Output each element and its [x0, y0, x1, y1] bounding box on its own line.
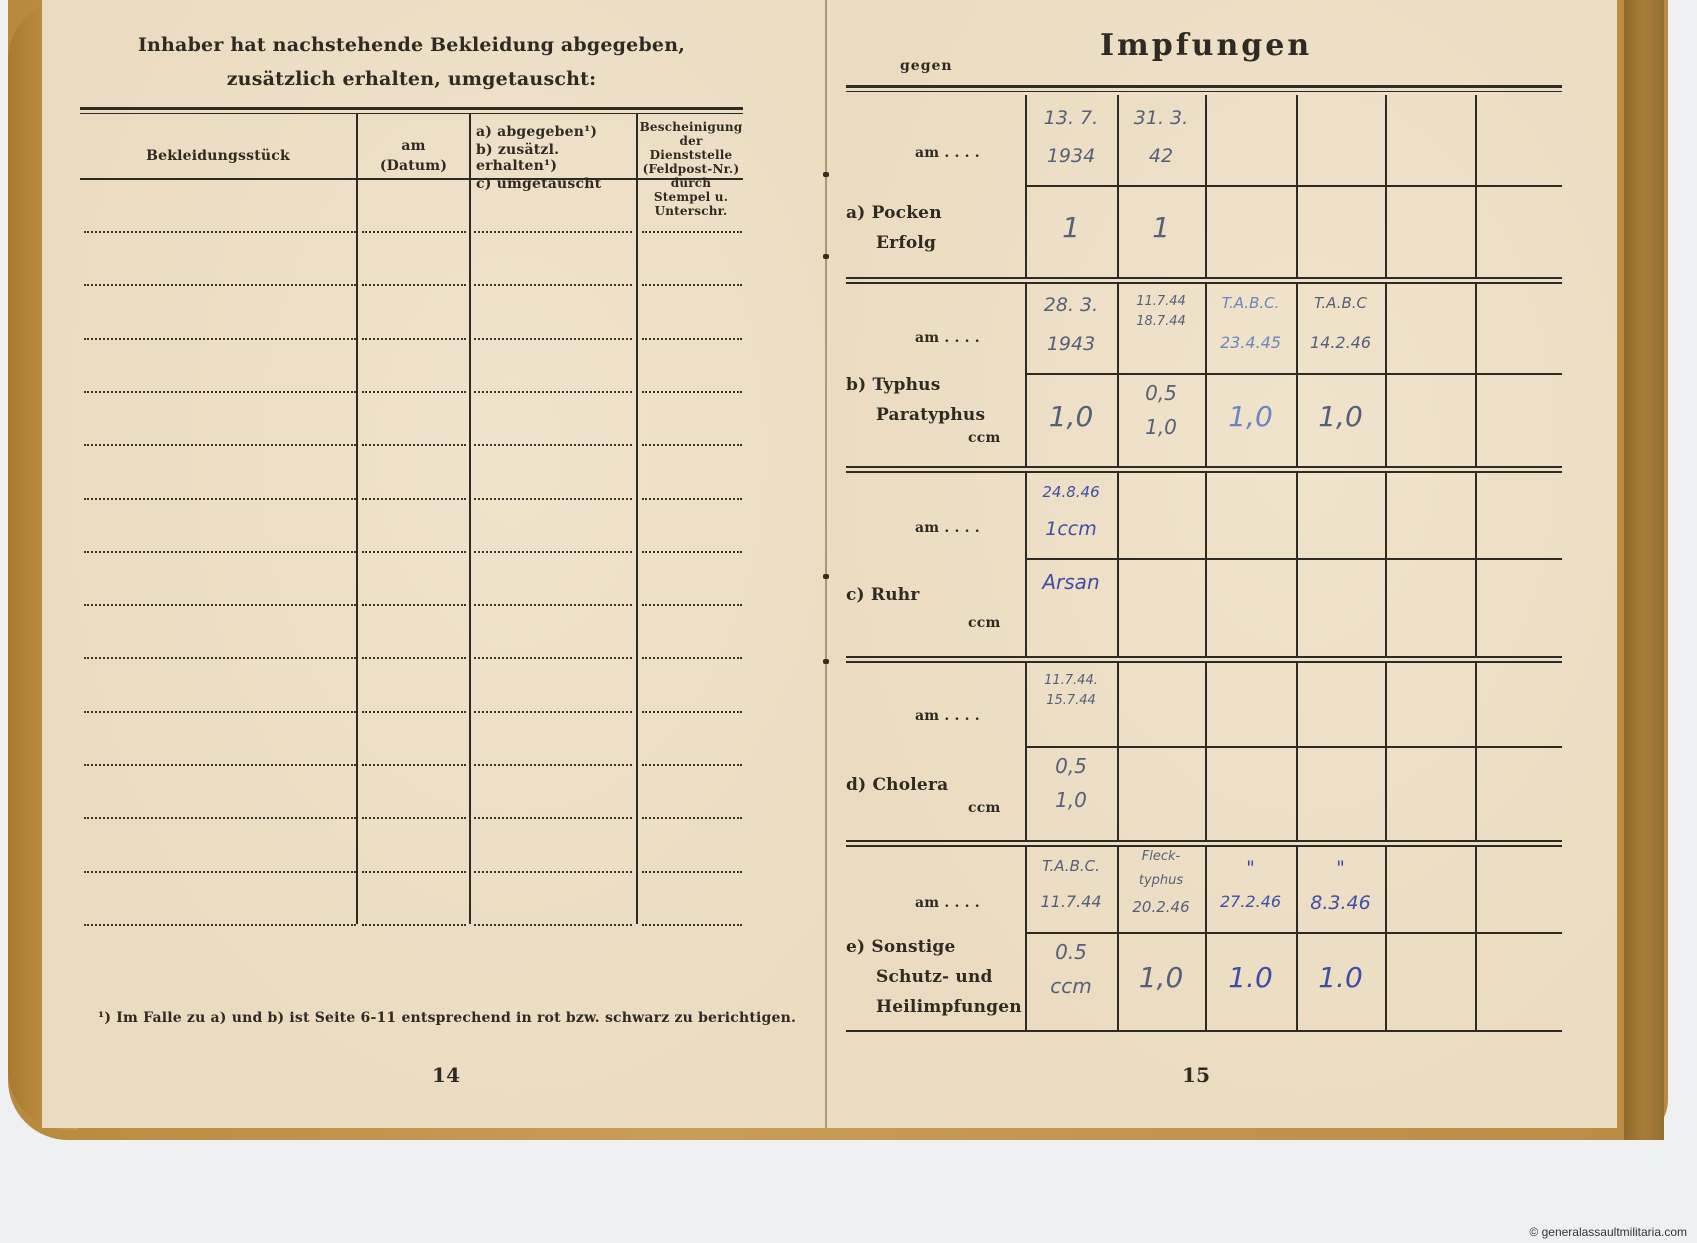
dotted-entry-line[interactable] [474, 764, 632, 766]
page-number-left: 14 [432, 1063, 460, 1087]
handwritten-date: 28. 3. [1025, 294, 1117, 316]
dotted-entry-line[interactable] [84, 924, 356, 926]
handwritten-date: " [1296, 857, 1385, 879]
dotted-entry-line[interactable] [84, 764, 356, 766]
handwritten-date: T.A.B.C. [1025, 857, 1117, 875]
dose-cell[interactable] [1119, 560, 1205, 656]
dotted-entry-line[interactable] [642, 764, 742, 766]
dotted-entry-line[interactable] [362, 444, 466, 446]
dotted-entry-line[interactable] [362, 284, 466, 286]
handwritten-date: 1934 [1025, 145, 1117, 167]
dotted-entry-line[interactable] [474, 284, 632, 286]
stitch-hole [823, 659, 829, 664]
col-header-bescheinigung-line1: Bescheinigung der [638, 120, 744, 148]
handwritten-dose: 1 [1117, 211, 1205, 244]
section-b-label: b) Typhus [846, 370, 941, 400]
am-label: am . . . . [915, 708, 980, 724]
dose-cell[interactable] [1298, 748, 1385, 840]
dose-cell[interactable] [1387, 934, 1475, 1030]
handwritten-date: 31. 3. [1117, 107, 1205, 129]
handwritten-date: 11.7.44 [1025, 892, 1117, 911]
dotted-entry-line[interactable] [642, 604, 742, 606]
col-header-status-c: c) umgetauscht [476, 176, 636, 192]
date-cell[interactable] [1477, 95, 1562, 185]
left-page-title-line1: Inhaber hat nachstehende Bekleidung abge… [80, 34, 743, 56]
handwritten-date: 1943 [1025, 333, 1117, 355]
date-cell[interactable] [1298, 471, 1385, 558]
col-header-status: a) abgegeben¹) b) zusätzl. erhalten¹) c)… [476, 124, 636, 192]
section-d-label: d) Cholera [846, 770, 948, 800]
dotted-entry-line[interactable] [642, 657, 742, 659]
dose-cell[interactable] [1477, 748, 1562, 840]
col-header-am-line1: am [358, 138, 469, 154]
ccm-label: ccm [968, 430, 1000, 446]
date-cell[interactable] [1298, 661, 1385, 746]
stitch-hole [823, 172, 829, 177]
dotted-entry-line[interactable] [642, 551, 742, 553]
col-header-bekleidungsstueck: Bekleidungsstück [80, 148, 356, 164]
section-e-label: e) Sonstige [846, 932, 956, 962]
section-e-label: Heilimpfungen [876, 992, 1022, 1022]
dotted-entry-line[interactable] [362, 604, 466, 606]
section-rule [846, 656, 1562, 658]
dose-cell[interactable] [1387, 187, 1475, 277]
dose-cell[interactable] [1387, 748, 1475, 840]
header-rule-top-thin [80, 113, 743, 114]
dose-cell[interactable] [1477, 560, 1562, 656]
dose-cell[interactable] [1298, 560, 1385, 656]
stitch-hole [823, 254, 829, 259]
col-header-bescheinigung-line2: Dienststelle [638, 148, 744, 162]
date-cell[interactable] [1387, 661, 1475, 746]
gegen-label: gegen [900, 58, 953, 74]
dotted-entry-line[interactable] [474, 924, 632, 926]
stitch-hole [823, 574, 829, 579]
dotted-entry-line[interactable] [84, 711, 356, 713]
handwritten-date: 15.7.44 [1025, 693, 1117, 708]
cover-right-edge [1624, 0, 1664, 1140]
handwritten-dose: 0.5 [1025, 940, 1117, 964]
dotted-entry-line[interactable] [362, 338, 466, 340]
date-cell[interactable] [1387, 845, 1475, 932]
handwritten-date: typhus [1117, 873, 1205, 888]
handwritten-date: 8.3.46 [1296, 892, 1385, 914]
dotted-entry-line[interactable] [642, 924, 742, 926]
dotted-entry-line[interactable] [362, 231, 466, 233]
col-header-bescheinigung-line3: (Feldpost-Nr.) durch [638, 162, 744, 190]
handwritten-date: 20.2.46 [1117, 898, 1205, 916]
handwritten-date: T.A.B.C [1296, 294, 1385, 312]
am-label: am . . . . [915, 520, 980, 536]
dotted-entry-line[interactable] [84, 338, 356, 340]
column-divider [356, 114, 358, 924]
am-label: am . . . . [915, 145, 980, 161]
right-page-title: Impfungen [1100, 28, 1312, 63]
page-number-right: 15 [1182, 1063, 1210, 1087]
dotted-entry-line[interactable] [362, 764, 466, 766]
dotted-entry-line[interactable] [362, 391, 466, 393]
handwritten-date: 1ccm [1025, 518, 1117, 540]
handwritten-dose: 1 [1025, 211, 1117, 244]
date-cell[interactable] [1207, 95, 1296, 185]
section-rule [846, 277, 1562, 279]
dotted-entry-line[interactable] [474, 391, 632, 393]
dotted-entry-line[interactable] [84, 551, 356, 553]
header-rule-thin [846, 91, 1562, 92]
footnote: ¹) Im Falle zu a) und b) ist Seite 6-11 … [98, 1010, 796, 1026]
dotted-entry-line[interactable] [474, 871, 632, 873]
handwritten-dose: 0,5 [1117, 381, 1205, 405]
col-header-status-b: b) zusätzl. erhalten¹) [476, 142, 636, 174]
dotted-entry-line[interactable] [84, 391, 356, 393]
date-cell[interactable] [1387, 282, 1475, 373]
dose-cell[interactable] [1477, 375, 1562, 466]
dotted-entry-line[interactable] [642, 498, 742, 500]
section-rule [846, 1030, 1562, 1032]
handwritten-date: 27.2.46 [1205, 892, 1296, 911]
col-header-status-a: a) abgegeben¹) [476, 124, 636, 140]
handwritten-date: 11.7.44 [1117, 294, 1205, 309]
dotted-entry-line[interactable] [474, 711, 632, 713]
watermark: © generalassaultmilitaria.com [1529, 1225, 1687, 1239]
dose-cell[interactable] [1207, 560, 1296, 656]
dotted-entry-line[interactable] [84, 444, 356, 446]
handwritten-dose: 1.0 [1205, 961, 1296, 994]
dotted-entry-line[interactable] [362, 551, 466, 553]
ccm-label: ccm [968, 615, 1000, 631]
dotted-entry-line[interactable] [84, 498, 356, 500]
dotted-entry-line[interactable] [84, 284, 356, 286]
section-b-label: Paratyphus [876, 400, 985, 430]
section-e-label: Schutz- und [876, 962, 993, 992]
handwritten-dose: 0,5 [1025, 754, 1117, 778]
date-cell[interactable] [1477, 661, 1562, 746]
date-cell[interactable] [1387, 95, 1475, 185]
dotted-entry-line[interactable] [474, 444, 632, 446]
am-label: am . . . . [915, 330, 980, 346]
dotted-entry-line[interactable] [362, 711, 466, 713]
dose-cell[interactable] [1207, 187, 1296, 277]
date-cell[interactable] [1477, 471, 1562, 558]
handwritten-dose: 1,0 [1296, 400, 1385, 433]
left-page-title-line2: zusätzlich erhalten, umgetauscht: [80, 68, 743, 90]
handwritten-date: 18.7.44 [1117, 314, 1205, 329]
col-header-am: am (Datum) [358, 138, 469, 174]
column-divider [469, 114, 471, 924]
handwritten-date: " [1205, 857, 1296, 879]
dose-cell[interactable] [1477, 934, 1562, 1030]
handwritten-dose: 1,0 [1025, 788, 1117, 812]
dotted-entry-line[interactable] [474, 498, 632, 500]
col-header-bescheinigung-line4: Stempel u. Unterschr. [638, 190, 744, 218]
dotted-entry-line[interactable] [474, 231, 632, 233]
handwritten-date: T.A.B.C. [1205, 294, 1296, 312]
handwritten-date: 13. 7. [1025, 107, 1117, 129]
dotted-entry-line[interactable] [642, 391, 742, 393]
dotted-entry-line[interactable] [642, 871, 742, 873]
dotted-entry-line[interactable] [642, 711, 742, 713]
handwritten-dose: Arsan [1025, 570, 1117, 594]
header-rule-top [80, 107, 743, 110]
dotted-entry-line[interactable] [474, 657, 632, 659]
handwritten-date: 42 [1117, 145, 1205, 167]
handwritten-dose: 1,0 [1205, 400, 1296, 433]
handwritten-date: 23.4.45 [1205, 333, 1296, 352]
date-cell[interactable] [1119, 471, 1205, 558]
handwritten-date: 14.2.46 [1296, 333, 1385, 352]
dose-cell[interactable] [1119, 748, 1205, 840]
dotted-entry-line[interactable] [362, 817, 466, 819]
dotted-entry-line[interactable] [474, 551, 632, 553]
dose-cell[interactable] [1298, 187, 1385, 277]
dose-cell[interactable] [1207, 748, 1296, 840]
date-cell[interactable] [1387, 471, 1475, 558]
date-cell[interactable] [1298, 95, 1385, 185]
handwritten-dose: ccm [1025, 974, 1117, 998]
dose-cell[interactable] [1387, 375, 1475, 466]
col-header-am-line2: (Datum) [358, 158, 469, 174]
dose-cell[interactable] [1387, 560, 1475, 656]
dotted-entry-line[interactable] [474, 817, 632, 819]
date-cell[interactable] [1207, 661, 1296, 746]
book-spine [825, 0, 827, 1128]
header-rule [846, 85, 1562, 88]
section-c-label: c) Ruhr [846, 580, 920, 610]
dotted-entry-line[interactable] [642, 817, 742, 819]
handwritten-dose: 1,0 [1025, 400, 1117, 433]
dotted-entry-line[interactable] [642, 338, 742, 340]
dotted-entry-line[interactable] [84, 231, 356, 233]
dotted-entry-line[interactable] [362, 924, 466, 926]
dotted-entry-line[interactable] [474, 338, 632, 340]
dotted-entry-line[interactable] [84, 657, 356, 659]
section-rule [846, 840, 1562, 842]
dotted-entry-line[interactable] [362, 498, 466, 500]
dotted-entry-line[interactable] [474, 604, 632, 606]
date-cell[interactable] [1477, 282, 1562, 373]
handwritten-date: 11.7.44. [1025, 673, 1117, 688]
am-label: am . . . . [915, 895, 980, 911]
dose-cell[interactable] [1477, 187, 1562, 277]
section-a-label: Erfolg [876, 228, 936, 258]
handwritten-dose: 1,0 [1117, 415, 1205, 439]
date-cell[interactable] [1207, 471, 1296, 558]
dotted-entry-line[interactable] [642, 284, 742, 286]
date-cell[interactable] [1477, 845, 1562, 932]
dotted-entry-line[interactable] [84, 817, 356, 819]
dotted-entry-line[interactable] [362, 657, 466, 659]
section-rule [846, 466, 1562, 468]
section-a-label: a) Pocken [846, 198, 942, 228]
dotted-entry-line[interactable] [84, 604, 356, 606]
dotted-entry-line[interactable] [362, 871, 466, 873]
dotted-entry-line[interactable] [642, 231, 742, 233]
col-header-bescheinigung: Bescheinigung der Dienststelle (Feldpost… [638, 120, 744, 218]
handwritten-date: Fleck- [1117, 849, 1205, 864]
ccm-label: ccm [968, 800, 1000, 816]
dotted-entry-line[interactable] [84, 871, 356, 873]
handwritten-date: 24.8.46 [1025, 483, 1117, 501]
column-divider [636, 114, 638, 924]
handwritten-dose: 1.0 [1296, 961, 1385, 994]
date-cell[interactable] [1119, 661, 1205, 746]
handwritten-dose: 1,0 [1117, 961, 1205, 994]
dotted-entry-line[interactable] [642, 444, 742, 446]
